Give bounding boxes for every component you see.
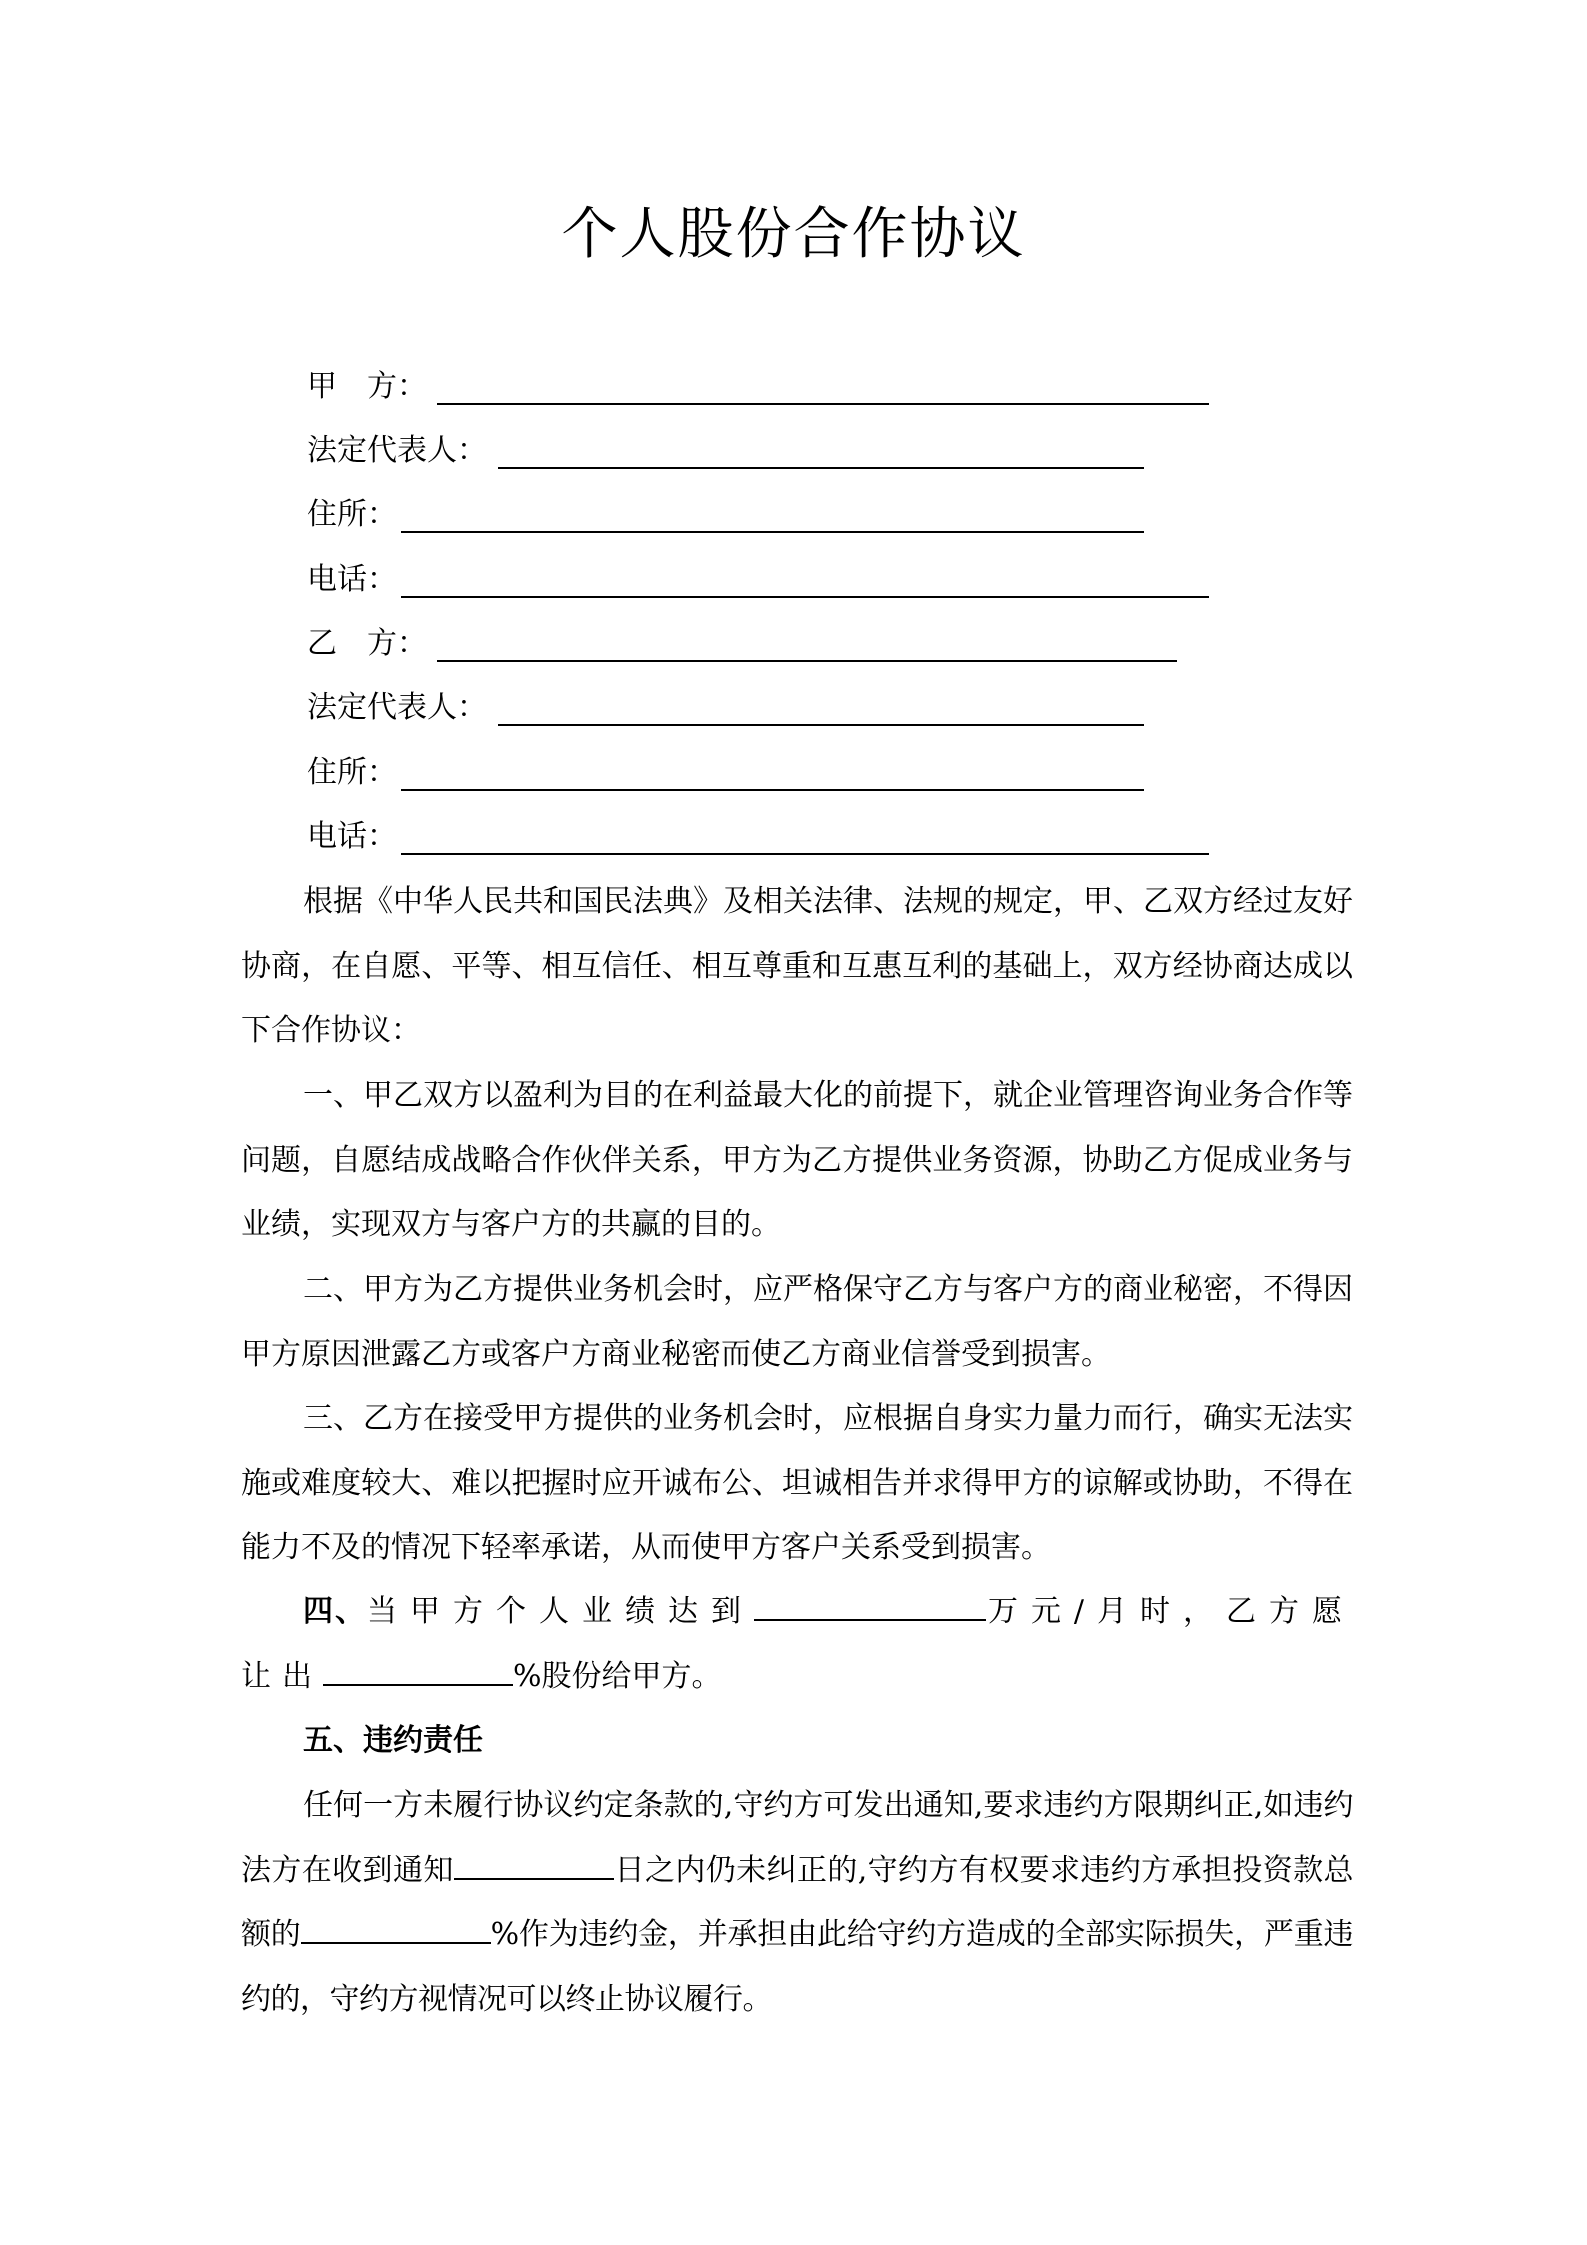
party-a-name-field[interactable]: 甲 方： — [307, 367, 427, 407]
clause-4-text-1: 当甲方个人业绩达到 — [367, 1594, 754, 1629]
party-a-label: 甲 方： — [307, 367, 427, 407]
party-b-representative-field[interactable]: 法定代表人： — [307, 688, 487, 728]
party-a-representative-label: 法定代表人： — [307, 431, 487, 471]
document-title: 个人股份合作协议 — [0, 200, 1587, 270]
party-a-blank[interactable] — [437, 403, 1209, 405]
party-b-name-field[interactable]: 乙 方： — [307, 624, 427, 664]
share-percentage-blank[interactable] — [323, 1654, 513, 1686]
party-a-phone-label: 电话： — [307, 560, 397, 600]
party-b-label: 乙 方： — [307, 624, 427, 664]
party-a-representative-field[interactable]: 法定代表人： — [307, 431, 487, 471]
preamble-paragraph: 根据《中华人民共和国民法典》及相关法律、法规的规定，甲、乙双方经过友好协商，在自… — [241, 870, 1353, 1064]
party-b-phone-field[interactable]: 电话： — [307, 817, 397, 857]
clause-2-paragraph: 二、甲方为乙方提供业务机会时，应严格保守乙方与客户方的商业秘密，不得因甲方原因泄… — [241, 1258, 1353, 1387]
party-b-representative-label: 法定代表人： — [307, 688, 487, 728]
clause-4-text-3: %股份给甲方。 — [513, 1659, 722, 1694]
clause-4-paragraph: 四、当甲方个人业绩达到万元/月时，乙方愿让出%股份给甲方。 — [241, 1580, 1353, 1709]
party-b-blank[interactable] — [437, 660, 1177, 662]
party-b-address-field[interactable]: 住所： — [307, 753, 397, 793]
clause-3-paragraph: 三、乙方在接受甲方提供的业务机会时，应根据自身实力量力而行，确实无法实施或难度较… — [241, 1387, 1353, 1581]
party-a-representative-blank[interactable] — [498, 467, 1144, 469]
correction-days-blank[interactable] — [454, 1848, 614, 1880]
clause-5-heading: 五、违约责任 — [241, 1709, 1353, 1774]
clause-4-number: 四、 — [303, 1594, 367, 1629]
party-b-address-blank[interactable] — [401, 789, 1144, 791]
clause-1-paragraph: 一、甲乙双方以盈利为目的在利益最大化的前提下，就企业管理咨询业务合作等问题，自愿… — [241, 1064, 1353, 1258]
party-a-address-field[interactable]: 住所： — [307, 495, 397, 535]
performance-amount-blank[interactable] — [754, 1589, 986, 1621]
party-b-representative-blank[interactable] — [498, 724, 1144, 726]
party-b-phone-blank[interactable] — [401, 853, 1209, 855]
clause-5-paragraph: 任何一方未履行协议约定条款的,守约方可发出通知,要求违约方限期纠正,如违约法方在… — [241, 1774, 1353, 2032]
party-b-phone-label: 电话： — [307, 817, 397, 857]
penalty-percentage-blank[interactable] — [301, 1912, 491, 1944]
party-a-address-blank[interactable] — [401, 531, 1144, 533]
party-a-address-label: 住所： — [307, 495, 397, 535]
party-a-phone-field[interactable]: 电话： — [307, 560, 397, 600]
party-b-address-label: 住所： — [307, 753, 397, 793]
party-a-phone-blank[interactable] — [401, 596, 1209, 598]
